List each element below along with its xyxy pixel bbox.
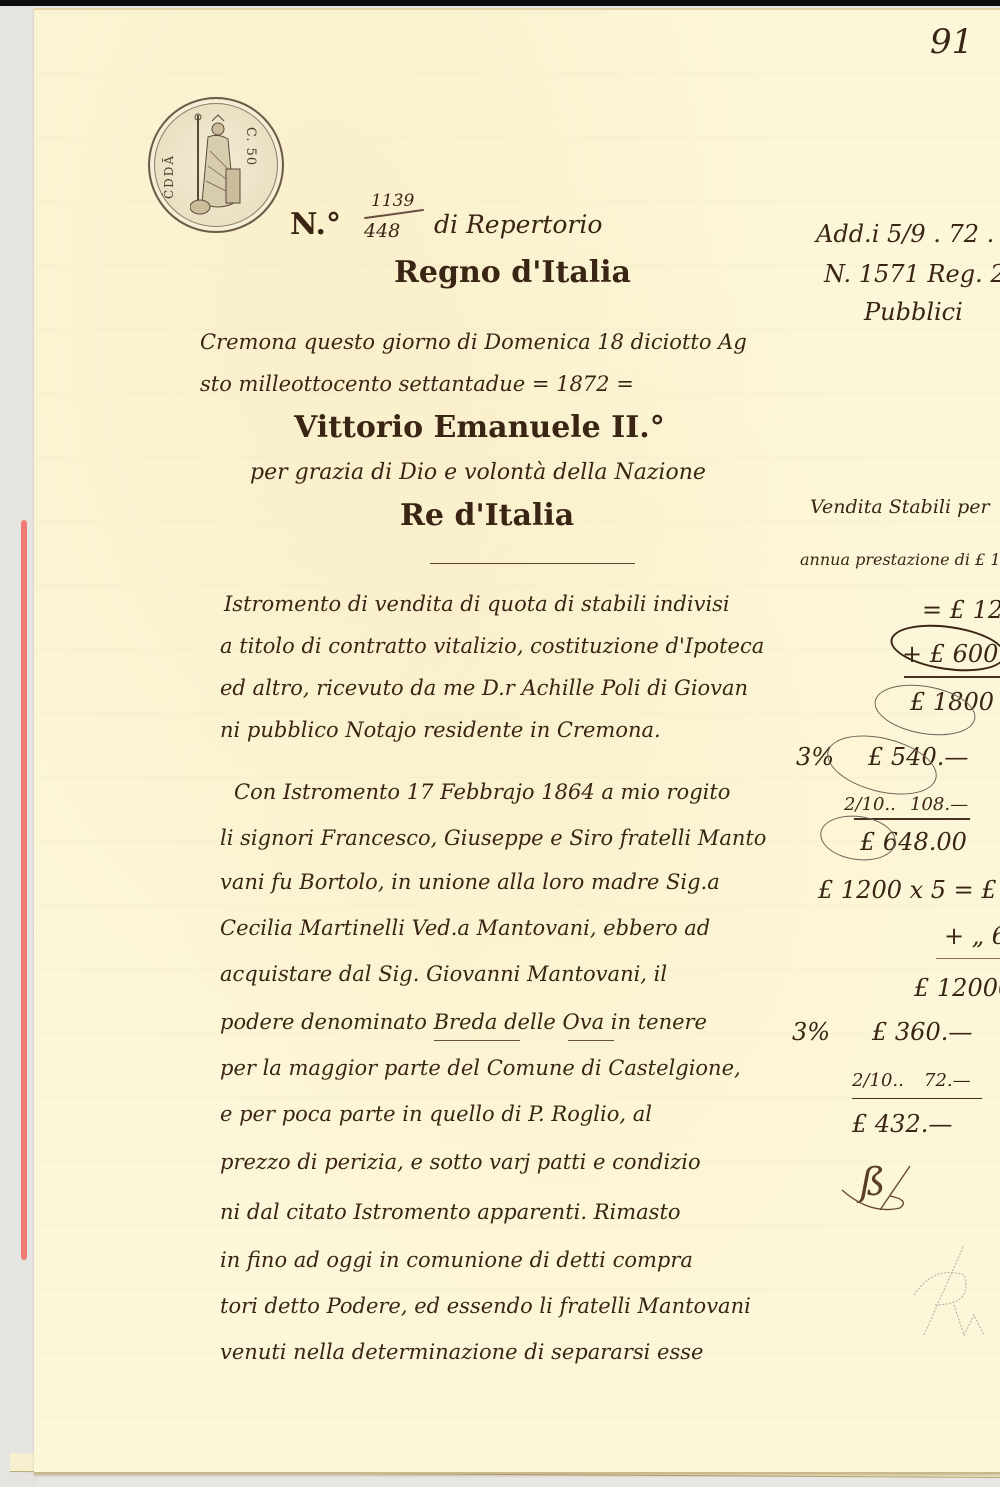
calc2-result-rule [852, 1098, 982, 1099]
body-line-10: podere denominato Breda delle Ova in ten… [220, 1010, 707, 1034]
underline-breda [434, 1040, 520, 1041]
scan-top-border [0, 0, 1000, 6]
repertorio-number-bottom: 448 [364, 220, 400, 242]
sovereign-name: Vittorio Emanuele II.° [294, 410, 665, 445]
revenue-stamp: ĊDDĀ C. 50 [148, 97, 284, 233]
body-line-14: ni dal citato Istromento apparenti. Rima… [220, 1200, 681, 1224]
margin-registration-1: Add.i 5/9 . 72 . £. 68 [816, 220, 1000, 248]
repertorio-label: di Repertorio [434, 210, 602, 239]
calc2-sub-label: 2/10.. [852, 1070, 904, 1091]
calc2-pct-value: £ 360.— [872, 1018, 972, 1046]
calc1-flourish-oval-1 [888, 618, 1000, 678]
body-line-1: Istromento di vendita di quota di stabil… [224, 592, 730, 616]
stamp-denomination: C. 50 [243, 127, 258, 166]
body-line-12: e per poca parte in quello di P. Roglio,… [220, 1102, 652, 1126]
kingdom-heading: Regno d'Italia [394, 255, 631, 290]
calc2-line2: + „ 6000 [944, 922, 1000, 950]
underline-ova [568, 1040, 614, 1041]
body-line-15: in fino ad oggi in comunione di detti co… [220, 1248, 693, 1272]
calc1-sub-value: 108.— [910, 794, 968, 815]
number-prefix: N.° [290, 207, 341, 242]
calc2-line1: £ 1200 x 5 = £ 6000 [818, 876, 1000, 904]
margin-subject-1: Vendita Stabili per [810, 496, 990, 518]
margin-subject-2: annua prestazione di £ 1200 [800, 550, 1000, 569]
body-line-7: vani fu Bortolo, in unione alla loro mad… [220, 870, 720, 894]
body-line-2: a titolo di contratto vitalizio, costitu… [220, 634, 764, 658]
body-line-13: prezzo di perizia, e sotto varj patti e … [220, 1150, 701, 1174]
calc2-result: £ 432.— [852, 1110, 952, 1138]
calc2-sub-value: 72.— [924, 1070, 971, 1091]
calc2-sum-rule [936, 958, 1000, 959]
preamble-line-2: sto milleottocento settantadue = 1872 = [200, 372, 634, 396]
scan-background [0, 6, 38, 1487]
page-number: 91 [930, 22, 973, 62]
body-line-6: li signori Francesco, Giuseppe e Siro fr… [220, 826, 766, 850]
section-divider [430, 563, 635, 564]
body-line-5: Con Istromento 17 Febbrajo 1864 a mio ro… [234, 780, 730, 804]
body-line-17: venuti nella determinazione di separarsi… [220, 1340, 703, 1364]
body-line-4: ni pubblico Notajo residente in Cremona. [220, 718, 661, 742]
body-line-16: tori detto Podere, ed essendo li fratell… [220, 1294, 751, 1318]
calc2-total: £ 12000. [914, 974, 1000, 1002]
body-line-3: ed altro, ricevuto da me D.r Achille Pol… [220, 676, 748, 700]
initials-flourish-icon [840, 1160, 920, 1220]
body-line-8: Cecilia Martinelli Ved.a Mantovani, ebbe… [220, 916, 710, 940]
stamp-left-text: ĊDDĀ [162, 154, 176, 199]
body-line-9: acquistare dal Sig. Giovanni Mantovani, … [220, 962, 667, 986]
calc1-sub-label: 2/10.. [844, 794, 896, 815]
italia-figure-icon [190, 111, 242, 219]
repertorio-number-top: 1139 [371, 191, 414, 211]
calc1-sum-rule [904, 676, 1000, 678]
margin-registration-3: Pubblici [864, 298, 963, 326]
document-page: ĊDDĀ C. 50 91 N.° 1139 448 di Repertorio… [34, 8, 1000, 1474]
margin-registration-2: N. 1571 Reg. 22 [824, 260, 1000, 288]
calc1-flourish-oval-3 [821, 725, 943, 804]
preamble-line-1: Cremona questo giorno di Domenica 18 dic… [200, 330, 747, 354]
sovereign-formula: per grazia di Dio e volontà della Nazion… [250, 460, 706, 485]
calc1-line1: = £ 1200 [922, 596, 1000, 624]
calc2-pct-label: 3% [792, 1018, 830, 1046]
red-binding-edge [21, 520, 27, 1260]
body-line-11: per la maggior parte del Comune di Caste… [220, 1056, 741, 1080]
pencil-mark-icon [894, 1235, 994, 1345]
sovereign-title: Re d'Italia [400, 498, 574, 533]
